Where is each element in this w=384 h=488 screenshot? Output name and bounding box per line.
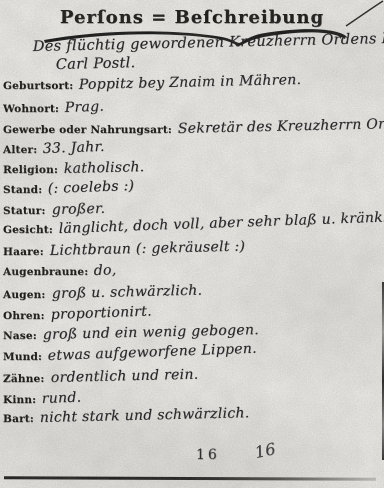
field-value-handwritten: länglicht, doch voll, aber sehr blaß u. … — [58, 209, 384, 237]
field-row-stand: Stand: (: coelebs :) — [3, 181, 135, 197]
field-value-handwritten: nicht stark und schwärzlich. — [40, 405, 250, 426]
field-label: Religion: — [3, 164, 58, 176]
field-row-kinn: Kinn: rund. — [3, 391, 82, 407]
field-value-handwritten: Prag. — [65, 99, 105, 116]
field-label: Nase: — [3, 330, 37, 342]
field-row-statur: Statur: großer. — [3, 202, 105, 218]
field-label: Statur: — [3, 205, 46, 217]
field-row-zaehne: Zähne: ordentlich und rein. — [3, 370, 198, 386]
handwritten-subject-name: Carl Postl. — [56, 55, 136, 73]
field-value-handwritten: do, — [94, 262, 117, 279]
field-label: Augen: — [3, 289, 46, 301]
field-label: Haare: — [3, 246, 44, 258]
field-row-ohren: Ohren: proportionirt. — [3, 307, 152, 323]
field-label: Gewerbe oder Nahrungsart: — [3, 124, 172, 136]
field-row-geburtsort: Geburtsort: Poppitz bey Znaim in Mähren. — [3, 77, 302, 93]
field-row-gewerbe: Gewerbe oder Nahrungsart: Sekretär des K… — [3, 121, 384, 137]
field-row-haare: Haare: Lichtbraun (: gekräuselt :) — [3, 243, 245, 259]
field-label: Wohnort: — [3, 103, 59, 115]
field-value-handwritten: proportionirt. — [50, 303, 152, 323]
field-row-religion: Religion: katholisch. — [3, 161, 145, 177]
field-row-mund: Mund: etwas aufgeworfene Lippen. — [3, 348, 257, 364]
field-row-augenbraune: Augenbraune: do, — [3, 263, 117, 279]
field-label: Kinn: — [3, 394, 36, 406]
field-label: Zähne: — [3, 373, 45, 385]
field-value-handwritten: groß u. schwärzlich. — [51, 283, 202, 302]
field-label: Mund: — [3, 351, 42, 363]
field-value-handwritten: großer. — [51, 201, 105, 218]
field-value-handwritten: 33. Jahr. — [43, 139, 106, 157]
page-title: Perſons = Beſchreibung — [0, 7, 384, 28]
field-row-augen: Augen: groß u. schwärzlich. — [3, 286, 202, 302]
field-row-gesicht: Gesicht: länglicht, doch voll, aber sehr… — [3, 221, 384, 237]
scan-artifact-bottom-rule — [4, 476, 376, 481]
field-label: Geburtsort: — [3, 80, 73, 92]
field-value-handwritten: rund. — [42, 390, 82, 407]
field-value-handwritten: ordentlich und rein. — [50, 367, 198, 386]
field-value-handwritten: Lichtbraun (: gekräuselt :) — [49, 239, 245, 259]
field-value-handwritten: Poppitz bey Znaim in Mähren. — [79, 72, 302, 93]
field-row-alter: Alter: 33. Jahr. — [3, 141, 105, 157]
document-scan-page: Perſons = Beſchreibung Des flüchtig gewo… — [0, 0, 384, 488]
field-row-wohnort: Wohnort: Prag. — [3, 100, 104, 116]
field-value-handwritten: (: coelebs :) — [48, 178, 135, 197]
field-value-handwritten: katholisch. — [64, 159, 145, 177]
field-row-nase: Nase: groß und ein wenig gebogen. — [3, 327, 259, 343]
field-value-handwritten: etwas aufgeworfene Lippen. — [48, 341, 258, 364]
field-label: Gesicht: — [3, 224, 53, 236]
field-label: Alter: — [3, 144, 37, 156]
field-label: Augenbraune: — [3, 266, 88, 278]
field-label: Ohren: — [3, 310, 45, 322]
page-number-handwritten: 16 — [253, 439, 277, 462]
field-label: Stand: — [3, 184, 42, 196]
stray-ink-stroke — [344, 0, 384, 28]
field-label: Bart: — [3, 413, 34, 425]
field-value-handwritten: groß und ein wenig gebogen. — [43, 322, 259, 343]
field-row-bart: Bart: nicht stark und schwärzlich. — [3, 410, 250, 426]
page-number-printed: 16 — [196, 447, 220, 463]
field-value-handwritten: Sekretär des Kreuzherrn Ordens. — [178, 115, 384, 137]
